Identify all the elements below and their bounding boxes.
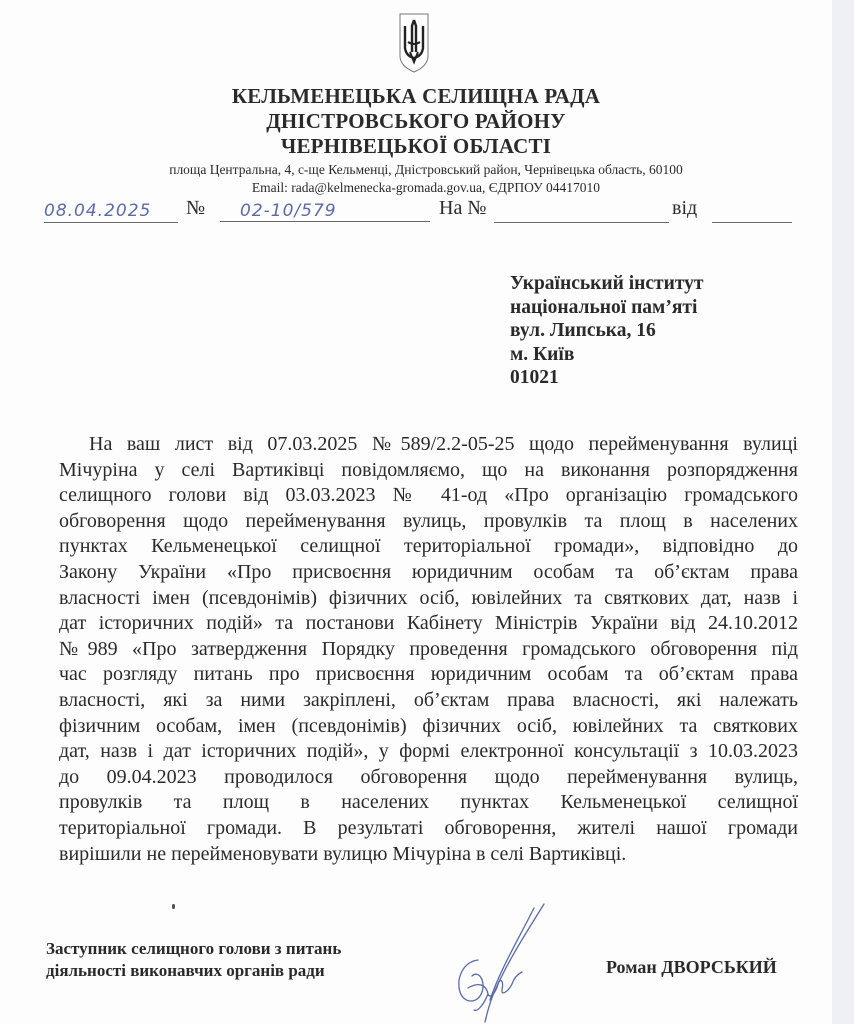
body-line: Мічуріна у селі Вартиківці повідомляємо,… bbox=[59, 458, 798, 484]
recipient-line: вул. Липська, 16 bbox=[510, 319, 704, 343]
region-name: ЧЕРНІВЕЦЬКОЇ ОБЛАСТІ bbox=[0, 134, 832, 159]
trident-coat-of-arms-icon bbox=[398, 12, 430, 74]
body-line: фізичним особам, імен (псевдонімів) фізи… bbox=[59, 714, 798, 740]
recipient-block: Український інститут національної пам’ят… bbox=[510, 272, 704, 390]
body-line: обговорення щодо перейменування вулиць, … bbox=[59, 509, 798, 535]
body-line: до 09.04.2023 проводилося обговорення що… bbox=[59, 765, 798, 791]
letter-page: КЕЛЬМЕНЕЦЬКА СЕЛИЩНА РАДА ДНІСТРОВСЬКОГО… bbox=[0, 0, 832, 1024]
body-line: №989 «Про затвердження Порядку проведенн… bbox=[59, 637, 798, 663]
district-name: ДНІСТРОВСЬКОГО РАЙОНУ bbox=[0, 109, 832, 134]
body-line: дат, назв і дат історичних подій», у фор… bbox=[59, 739, 798, 765]
recipient-line: м. Київ bbox=[510, 343, 704, 367]
body-line: провулків та площ в населених пунктах Ке… bbox=[59, 790, 798, 816]
letter-body: На ваш лист від 07.03.2025 №589/2.2-05-2… bbox=[59, 432, 798, 867]
body-line: власності імен (псевдонімів) фізичних ос… bbox=[59, 586, 798, 612]
position-line: Заступник селищного голови з питань bbox=[46, 938, 341, 960]
signatory-position: Заступник селищного голови з питань діял… bbox=[46, 938, 341, 982]
body-line: власності, які за ними закріплені, об’єк… bbox=[59, 688, 798, 714]
handwritten-signature-icon bbox=[438, 900, 548, 1024]
ink-speck bbox=[172, 904, 175, 909]
body-line: селищного голови від 03.03.2023 № 41-од … bbox=[59, 483, 798, 509]
body-line: час розгляду питань про присвоєння юриди… bbox=[59, 662, 798, 688]
body-line: На ваш лист від 07.03.2025 №589/2.2-05-2… bbox=[59, 432, 798, 458]
reply-to-label: На № bbox=[439, 197, 486, 220]
body-line: територіальної громади. В результаті обг… bbox=[59, 816, 798, 842]
number-label: № bbox=[186, 197, 205, 220]
body-line: вирішили не перейменовувати вулицю Мічур… bbox=[59, 842, 798, 868]
outgoing-number: 02-10/579 bbox=[220, 200, 430, 222]
scan-edge bbox=[832, 0, 854, 1024]
council-contacts: Email: rada@kelmenecka-gromada.gov.ua, Є… bbox=[10, 179, 842, 196]
recipient-line: 01021 bbox=[510, 366, 704, 390]
body-line: Закону України «Про присвоєння юридичним… bbox=[59, 560, 798, 586]
recipient-line: національної пам’яті bbox=[510, 296, 704, 320]
registration-line: 08.04.2025 № 02-10/579 На № від bbox=[44, 197, 804, 225]
recipient-line: Український інститут bbox=[510, 272, 704, 296]
council-address: площа Центральна, 4, с-ще Кельменці, Дні… bbox=[10, 161, 842, 178]
from-label: від bbox=[672, 197, 697, 220]
outgoing-date: 08.04.2025 bbox=[44, 200, 178, 223]
position-line: діяльності виконавчих органів ради bbox=[46, 960, 341, 982]
signatory-name: Роман ДВОРСЬКИЙ bbox=[606, 957, 777, 978]
council-name: КЕЛЬМЕНЕЦЬКА СЕЛИЩНА РАДА bbox=[0, 84, 832, 109]
body-line: пунктах Кельменецької селищної територіа… bbox=[59, 534, 798, 560]
body-line: дат історичних подій» та постанови Кабін… bbox=[59, 611, 798, 637]
reply-to-number-field bbox=[494, 200, 669, 223]
from-date-field bbox=[712, 200, 792, 223]
